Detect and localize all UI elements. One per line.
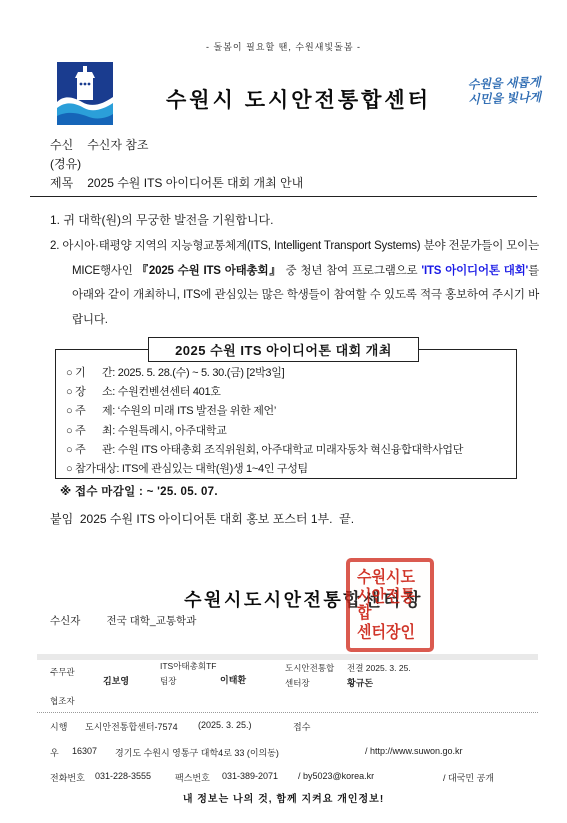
cooperator-label: 협조자 [50, 695, 75, 707]
seal-text-line1: 수원시도 [357, 569, 423, 586]
body-paragraph-1: 1. 귀 대학(원)의 무궁한 발전을 기원합니다. [50, 211, 273, 228]
recipients-label: 수신자 [50, 613, 80, 628]
disclosure-level: / 대국민 공개 [443, 771, 494, 784]
subject-row: 제목 2025 수원 ITS 아이디어톤 대회 개최 안내 [50, 174, 303, 193]
address: 경기도 수원시 영통구 대학4로 33 (이의동) [115, 746, 279, 759]
subject-value: 2025 수원 ITS 아이디어톤 대회 개최 안내 [87, 174, 303, 193]
drafter-name: 김보영 [103, 674, 129, 687]
seal-text-line2: 시안전통합 [357, 589, 423, 622]
seal-text-line3: 센터장인 [357, 624, 423, 641]
center-head-name: 황규돈 [347, 676, 373, 689]
official-document-page: - 돌봄이 필요할 땐, 수원새빛돌봄 - 수원시 도시안전통합센터 수원을 새… [0, 0, 567, 823]
brand-slogan-line2: 시민을 빛나게 [468, 89, 558, 107]
zip-label: 우 [50, 746, 59, 759]
para2-ideathon-highlight: 'ITS 아이디어톤 대회' [421, 265, 528, 277]
via-row: (경유) [50, 155, 303, 174]
official-seal-stamp: 수원시도 시안전통합 센터장인 [346, 558, 434, 652]
decision-note: 전결 2025. 3. 25. [347, 662, 411, 674]
exec-label: 시행 [50, 720, 67, 733]
exec-doc-no: 도시안전통합센터-7574 [85, 720, 178, 733]
tel-number: 031-228-3555 [95, 771, 151, 781]
tel-label: 전화번호 [50, 771, 85, 784]
event-host: ○ 주 최: 수원특례시, 아주대학교 [66, 422, 516, 441]
team-leader-name: 이태환 [220, 673, 246, 686]
deadline-note: ※ 접수 마감일 : ~ '25. 05. 07. [60, 483, 218, 499]
exec-date: (2025. 3. 25.) [198, 720, 252, 730]
subject-label: 제목 [50, 174, 73, 193]
email-address: / by5023@korea.kr [298, 771, 374, 781]
event-theme: ○ 주 제: ‘수원의 미래 ITS 발전을 위한 제언’ [66, 402, 516, 421]
city-brand-slogan: 수원을 새롭게 시민을 빛나게 [468, 74, 559, 107]
event-organizer: ○ 주 관: 수원 ITS 아태총회 조직위원회, 아주대학교 미래자동차 혁신… [66, 441, 516, 460]
privacy-slogan: 내 정보는 나의 것, 함께 지켜요 개인정보! [0, 790, 567, 805]
receipt-label: 접수 [293, 720, 310, 733]
para2-event-name: 『2025 수원 ITS 아태총회』 [137, 265, 282, 277]
center-head-title: 센터장 [285, 677, 310, 689]
zip-code: 16307 [72, 746, 97, 756]
recipient-label: 수신 [50, 136, 73, 155]
attachment-line: 붙임 2025 수원 ITS 아이디어톤 대회 홍보 포스터 1부. 끝. [50, 510, 354, 527]
fax-label: 팩스번호 [175, 771, 210, 784]
recipients-value: 전국 대학_교통학과 [106, 613, 196, 628]
document-meta: 수신 수신자 참조 (경유) 제목 2025 수원 ITS 아이디어톤 대회 개… [50, 136, 303, 193]
recipient-row: 수신 수신자 참조 [50, 136, 303, 155]
event-info-box: ○ 기 간: 2025. 5. 28.(수) ~ 5. 30.(금) [2박3일… [55, 349, 517, 479]
body-paragraph-2: 2. 아시아·태평양 지역의 지능형교통체계(ITS, Intelligent … [50, 234, 539, 332]
para2-text: 중 청년 참여 프로그램으로 [282, 265, 422, 277]
top-campaign-slogan: - 돌봄이 필요할 땐, 수원새빛돌봄 - [0, 40, 567, 53]
event-box-title-wrap: 2025 수원 ITS 아이디어톤 대회 개최 [0, 337, 567, 362]
via-label: (경유) [50, 155, 81, 174]
event-box-title: 2025 수원 ITS 아이디어톤 대회 개최 [148, 337, 419, 362]
homepage-url: / http://www.suwon.go.kr [365, 746, 463, 756]
center-name: 도시안전통합 [285, 662, 334, 674]
recipients-line: 수신자 전국 대학_교통학과 [50, 613, 196, 628]
event-venue: ○ 장 소: 수원컨벤션센터 401호 [66, 383, 516, 402]
event-period: ○ 기 간: 2025. 5. 28.(수) ~ 5. 30.(금) [2박3일… [66, 364, 516, 383]
team-leader-title: 팀장 [160, 675, 176, 687]
drafter-title: 주무관 [50, 666, 75, 678]
approval-bottom-divider [37, 712, 538, 713]
event-eligibility: ○ 참가대상: ITS에 관심있는 대학(원)생 1~4인 구성팀 [66, 460, 516, 479]
recipient-value: 수신자 참조 [87, 136, 148, 155]
fax-number: 031-389-2071 [222, 771, 278, 781]
header-divider [30, 196, 537, 197]
approval-top-band [37, 654, 538, 660]
signer-title: 수원시도시안전통합센터장 [40, 586, 567, 612]
team-name: ITS아태총회TF [160, 660, 216, 672]
